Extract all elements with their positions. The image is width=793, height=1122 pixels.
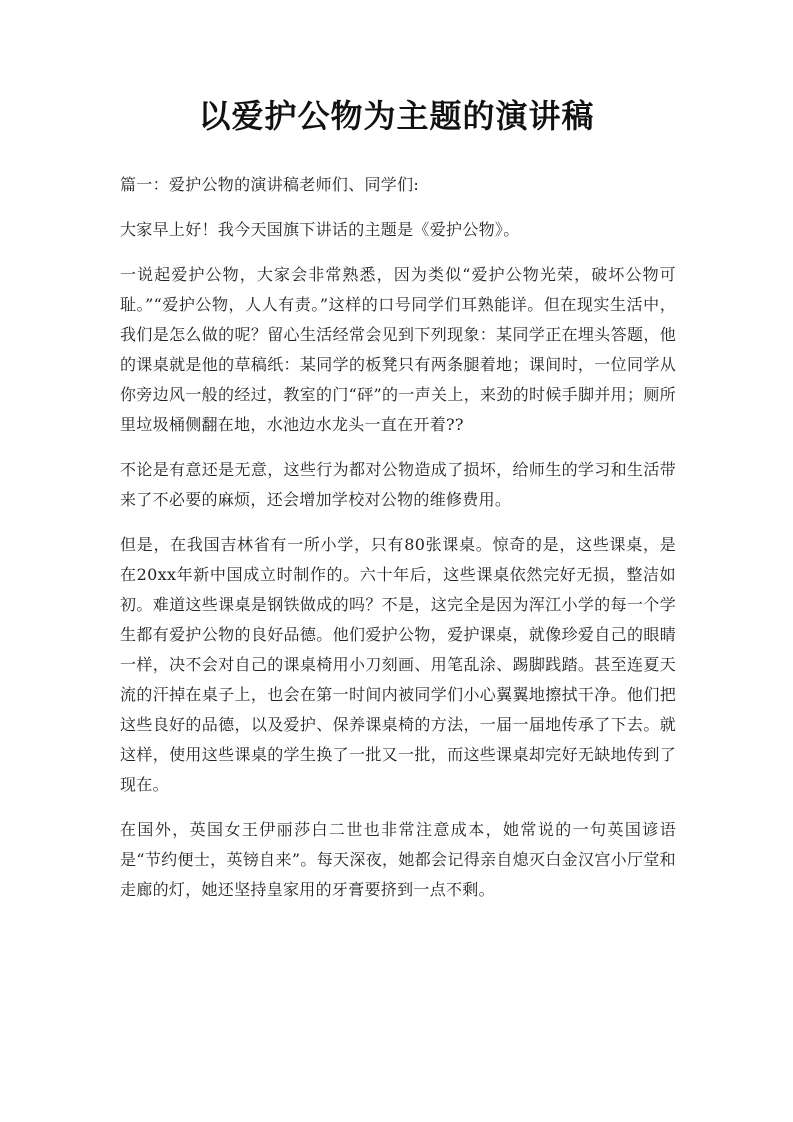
document-page: 以爱护公物为主题的演讲稿 篇一：爱护公物的演讲稿老师们、同学们: 大家早上好！我… — [0, 0, 793, 1122]
paragraph: 不论是有意还是无意，这些行为都对公物造成了损坏，给师生的学习和生活带来了不必要的… — [120, 455, 676, 515]
paragraph: 在国外，英国女王伊丽莎白二世也非常注意成本，她常说的一句英国谚语是“节约便士，英… — [120, 815, 676, 905]
paragraph-heading: 篇一：爱护公物的演讲稿老师们、同学们: — [120, 170, 676, 200]
paragraph: 但是，在我国吉林省有一所小学，只有80张课桌。惊奇的是，这些课桌，是在20xx年… — [120, 530, 676, 800]
document-title: 以爱护公物为主题的演讲稿 — [0, 96, 793, 136]
document-body: 篇一：爱护公物的演讲稿老师们、同学们: 大家早上好！我今天国旗下讲话的主题是《爱… — [120, 170, 676, 920]
paragraph-greeting: 大家早上好！我今天国旗下讲话的主题是《爱护公物》。 — [120, 215, 676, 245]
paragraph: 一说起爱护公物，大家会非常熟悉，因为类似“爱护公物光荣，破坏公物可耻。”“爱护公… — [120, 260, 676, 440]
